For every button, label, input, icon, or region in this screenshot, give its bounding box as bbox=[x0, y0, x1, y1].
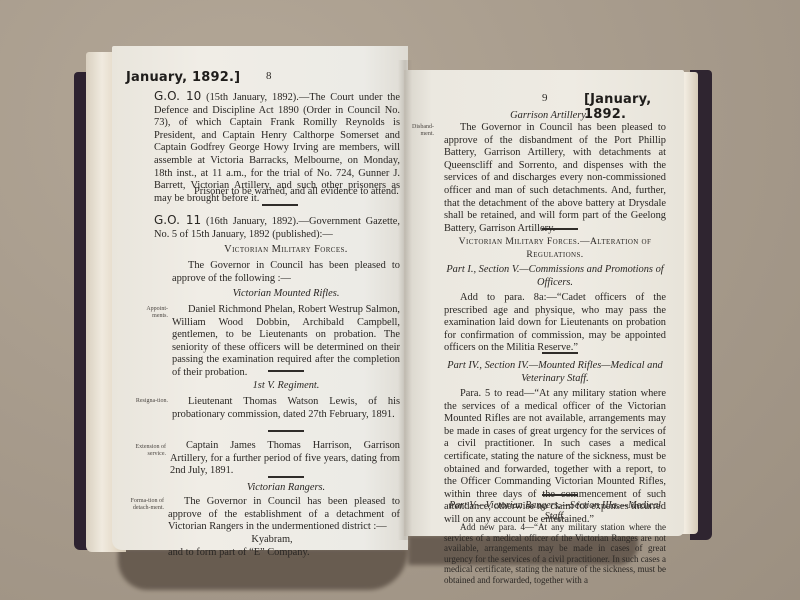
part5-text: Add new para. 4—“At any military station… bbox=[444, 522, 666, 586]
go11-label: G.O. 11 bbox=[154, 213, 201, 227]
section-title-victorian-rangers: Victorian Rangers. bbox=[172, 482, 400, 495]
divider bbox=[542, 352, 578, 354]
divider bbox=[268, 370, 304, 372]
go10-note: Prisoner to be warned, and all evidence … bbox=[178, 186, 400, 199]
place-kyabram: Kyabram, bbox=[212, 534, 332, 547]
page-number-left: 8 bbox=[266, 70, 272, 82]
margin-note-resignation: Resigna-tion. bbox=[134, 398, 168, 405]
formation-closing: and to form part of “E” Company. bbox=[168, 547, 400, 560]
margin-note-appointments: Appoint-ments. bbox=[134, 306, 168, 320]
go11-paragraph: G.O. 11 (16th January, 1892).—Government… bbox=[154, 214, 400, 241]
garrison-text: The Governor in Council has been pleased… bbox=[444, 122, 666, 235]
section-text-vmr: Daniel Richmond Phelan, Robert Westrup S… bbox=[172, 304, 400, 380]
running-head-left: January, 1892.] bbox=[126, 70, 240, 85]
left-page: January, 1892.] 8 G.O. 10 (15th January,… bbox=[112, 46, 408, 550]
part1-title: Part I., Section V.—Commissions and Prom… bbox=[444, 264, 666, 289]
section-text-formation: The Governor in Council has been pleased… bbox=[168, 496, 400, 534]
go10-label: G.O. 10 bbox=[154, 89, 201, 103]
part4-title: Part IV., Section IV.—Mounted Rifles—Med… bbox=[444, 360, 666, 385]
right-page: 9 [January, 1892. Garrison Artillery. Di… bbox=[404, 70, 684, 536]
go11-heading: Victorian Military Forces. bbox=[172, 244, 400, 257]
divider bbox=[542, 228, 578, 230]
divider bbox=[262, 204, 298, 206]
section-text-extension: Captain James Thomas Harrison, Garrison … bbox=[170, 440, 400, 478]
divider bbox=[542, 494, 578, 496]
regs-heading: Victorian Military Forces.—Alteration of… bbox=[444, 236, 666, 261]
page-number-right: 9 bbox=[542, 92, 548, 104]
margin-note-formation: Forma-tion of detach-ment. bbox=[130, 498, 164, 512]
section-text-resignation: Lieutenant Thomas Watson Lewis, of his p… bbox=[172, 396, 400, 421]
part1-text: Add to para. 8a:—“Cadet officers of the … bbox=[444, 292, 666, 355]
part5-title: Part V.—Victorian Rangers.—Section IIIa.… bbox=[444, 500, 666, 522]
garrison-title: Garrison Artillery. bbox=[444, 110, 654, 123]
divider bbox=[268, 476, 304, 478]
section-title-1st-v-regiment: 1st V. Regiment. bbox=[172, 380, 400, 393]
go11-intro: The Governor in Council has been pleased… bbox=[172, 260, 400, 285]
divider bbox=[268, 430, 304, 432]
book-gutter bbox=[398, 60, 412, 540]
section-title-vmr: Victorian Mounted Rifles. bbox=[172, 288, 400, 301]
margin-note-extension: Extension of service. bbox=[132, 444, 166, 458]
